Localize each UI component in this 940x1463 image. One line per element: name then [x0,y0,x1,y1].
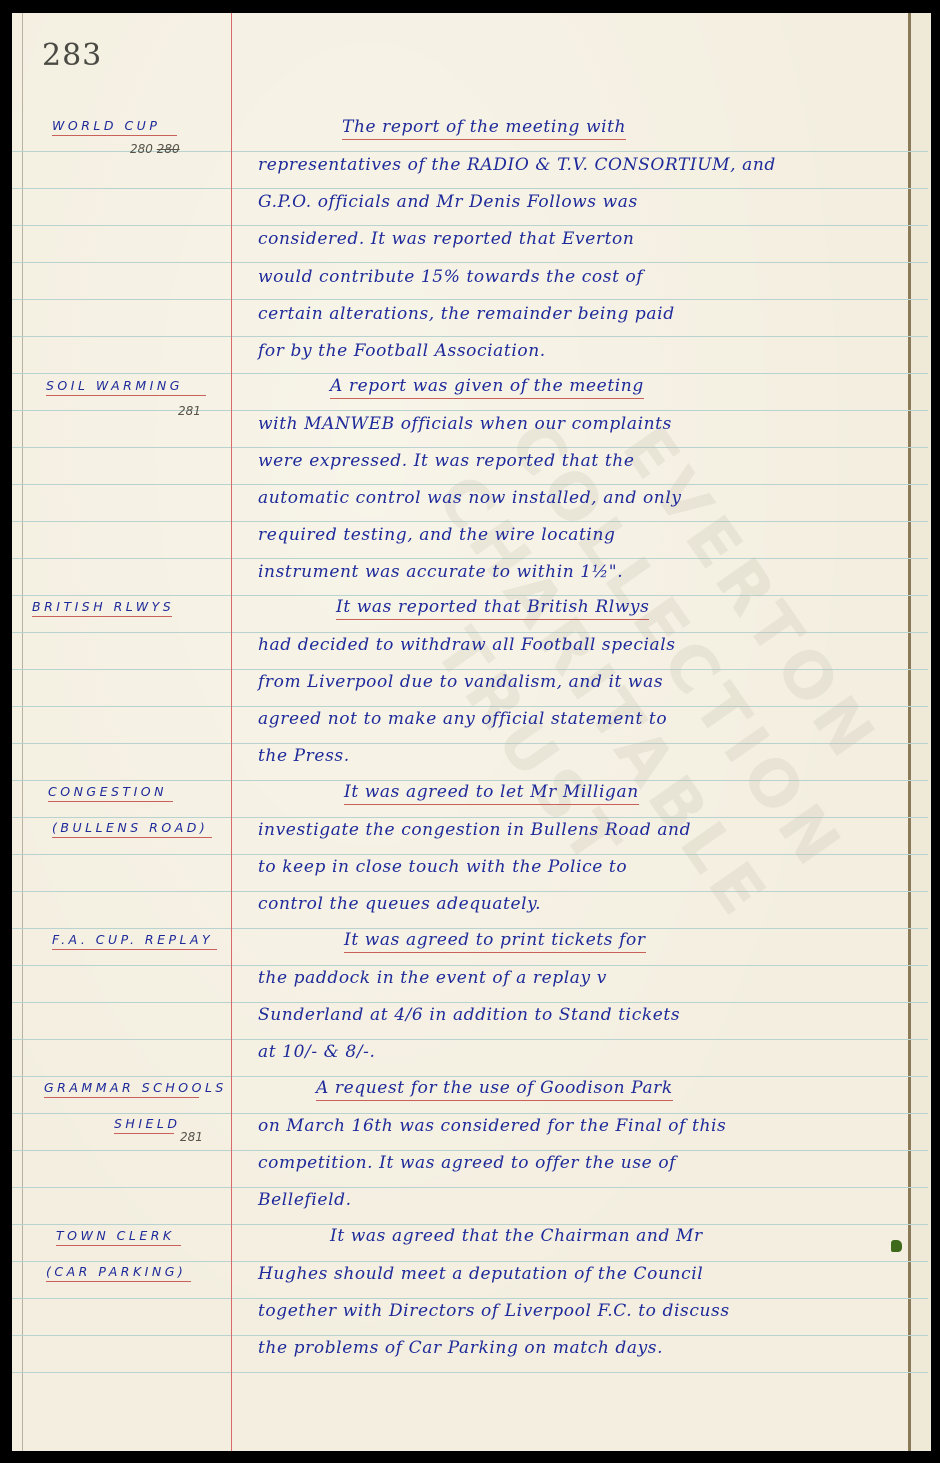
ruled-line [12,521,928,522]
entry-line: from Liverpool due to vandalism, and it … [258,672,663,692]
entry-line: to keep in close touch with the Police t… [258,857,627,877]
margin-heading-town-clerk: TOWN CLERK [56,1228,181,1246]
ruled-line [12,817,928,818]
ruled-line [12,447,928,448]
entry-line: the paddock in the event of a replay v [258,968,607,988]
entry-line: automatic control was now installed, and… [258,488,682,508]
minute-reference: 280 280 [130,142,180,156]
ruled-line [12,780,928,781]
ruled-line [12,262,928,263]
minute-reference: 281 [180,1130,203,1144]
margin-heading-car-parking: (CAR PARKING) [46,1264,191,1282]
ruled-line [12,928,928,929]
ruled-line [12,373,928,374]
ruled-line [12,1076,928,1077]
entry-line: It was reported that British Rlwys [336,597,649,617]
entry-line: competition. It was agreed to offer the … [258,1153,676,1173]
entry-line: It was agreed that the Chairman and Mr [330,1226,703,1246]
ruled-line [12,1002,928,1003]
ruled-line [12,891,928,892]
entry-line: together with Directors of Liverpool F.C… [258,1301,730,1321]
entry-line: G.P.O. officials and Mr Denis Follows wa… [258,192,638,212]
ruled-line [12,1039,928,1040]
entry-line: instrument was accurate to within 1½". [258,562,623,582]
entry-line: Sunderland at 4/6 in addition to Stand t… [258,1005,680,1025]
margin-heading-grammar-schools: GRAMMAR SCHOOLS [44,1080,199,1098]
entry-line: the problems of Car Parking on match day… [258,1338,663,1358]
entry-line: It was agreed to let Mr Milligan [344,782,639,802]
ruled-line [12,595,928,596]
binding-edge [22,13,23,1451]
entry-line: Hughes should meet a deputation of the C… [258,1264,703,1284]
ruled-line [12,743,928,744]
entry-line: with MANWEB officials when our complaint… [258,414,672,434]
margin-heading-soil-warming: SOIL WARMING [46,378,206,396]
ruled-line [12,1187,928,1188]
entry-line: A request for the use of Goodison Park [316,1078,673,1098]
entry-line: control the queues adequately. [258,894,541,914]
minute-reference: 281 [178,404,201,418]
ruled-line [12,410,928,411]
margin-heading-british-rlwys: BRITISH RLWYS [32,599,172,617]
ruled-line [12,225,928,226]
ruled-line [12,632,928,633]
ruled-line [12,1372,928,1373]
margin-heading-bullens-road: (BULLENS ROAD) [52,820,212,838]
ruled-line [12,484,928,485]
entry-line: at 10/- & 8/-. [258,1042,376,1062]
margin-heading-world-cup: WORLD CUP [52,118,177,136]
leaf-fragment [891,1240,902,1252]
entry-line: It was agreed to print tickets for [344,930,646,950]
ruled-line [12,706,928,707]
entry-line: had decided to withdraw all Football spe… [258,635,676,655]
margin-heading-fa-cup-replay: F.A. CUP. REPLAY [52,932,217,950]
entry-line: representatives of the RADIO & T.V. CONS… [258,155,776,175]
margin-rule [231,13,232,1451]
entry-line: Bellefield. [258,1190,352,1210]
ruled-line [12,299,928,300]
entry-line: were expressed. It was reported that the [258,451,634,471]
ruled-line [12,1113,928,1114]
entry-line: considered. It was reported that Everton [258,229,634,249]
entry-line: for by the Football Association. [258,341,546,361]
ruled-line [12,558,928,559]
entry-line: required testing, and the wire locating [258,525,615,545]
entry-line: A report was given of the meeting [330,376,644,396]
page-number: 283 [42,38,102,73]
ruled-line [12,1224,928,1225]
ruled-line [12,336,928,337]
entry-line: agreed not to make any official statemen… [258,709,667,729]
struck-reference: 280 [157,142,180,156]
ruled-line [12,965,928,966]
ruled-line [12,1150,928,1151]
next-page-edge [908,13,931,1451]
margin-heading-congestion: CONGESTION [48,784,173,802]
entry-line: on March 16th was considered for the Fin… [258,1116,726,1136]
entry-line: The report of the meeting with [342,117,626,137]
entry-line: would contribute 15% towards the cost of [258,267,643,287]
ruled-line [12,1261,928,1262]
ruled-line [12,1335,928,1336]
entry-line: investigate the congestion in Bullens Ro… [258,820,691,840]
entry-line: certain alterations, the remainder being… [258,304,675,324]
ruled-line [12,669,928,670]
entry-line: the Press. [258,746,350,766]
margin-heading-shield: SHIELD [114,1116,174,1134]
ruled-line [12,1298,928,1299]
ruled-line [12,854,928,855]
ruled-line [12,188,928,189]
